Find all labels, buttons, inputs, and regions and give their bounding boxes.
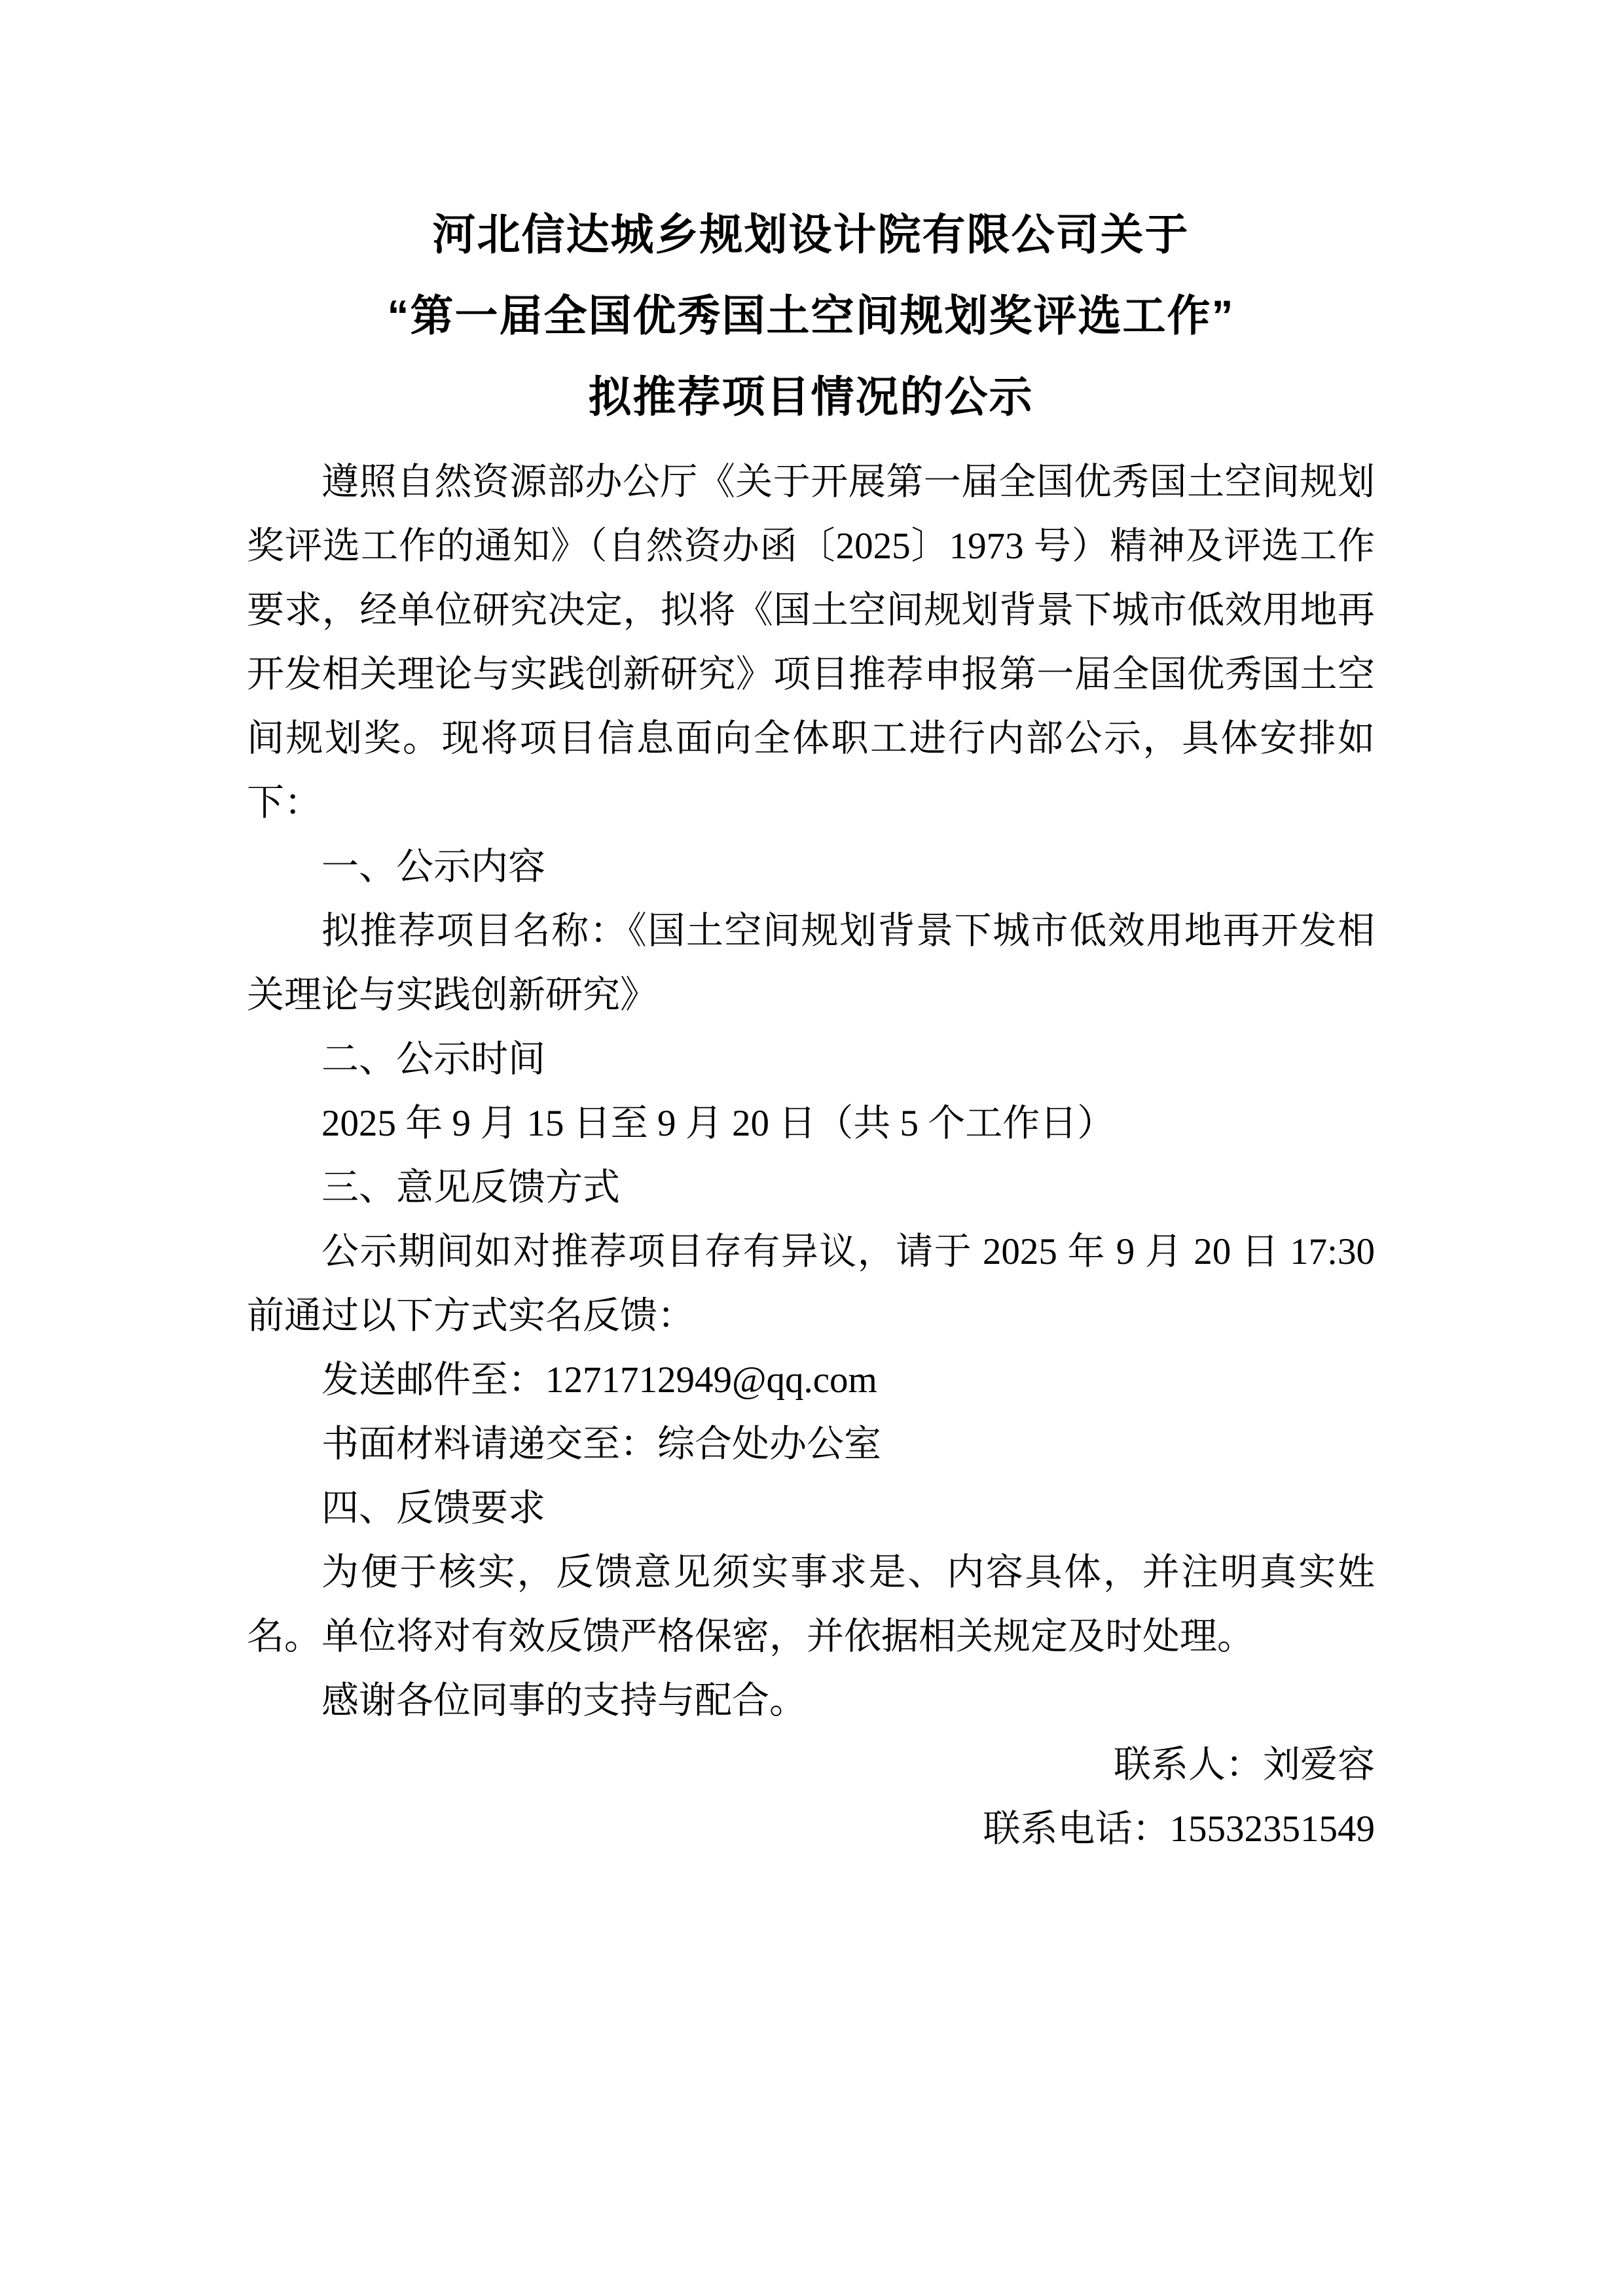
contact-phone: 联系电话：15532351549	[247, 1797, 1375, 1861]
heading-section-1: 一、公示内容	[247, 835, 1375, 899]
para-feedback-email: 发送邮件至：1271712949@qq.com	[247, 1348, 1375, 1412]
document-title: 河北信达城乡规划设计院有限公司关于 “第一届全国优秀国土空间规划奖评选工作” 拟…	[247, 194, 1375, 437]
contact-person: 联系人：刘爱容	[247, 1733, 1375, 1797]
heading-section-2: 二、公示时间	[247, 1028, 1375, 1092]
para-intro: 遵照自然资源部办公厅《关于开展第一届全国优秀国土空间规划奖评选工作的通知》（自然…	[247, 450, 1375, 835]
document-body: 遵照自然资源部办公厅《关于开展第一届全国优秀国土空间规划奖评选工作的通知》（自然…	[247, 450, 1375, 1861]
doc-title-line-3: 拟推荐项目情况的公示	[247, 356, 1375, 437]
para-objection-deadline: 公示期间如对推荐项目存有异议，请于 2025 年 9 月 20 日 17:30 …	[247, 1220, 1375, 1348]
para-feedback-requirements: 为便于核实，反馈意见须实事求是、内容具体，并注明真实姓名。单位将对有效反馈严格保…	[247, 1541, 1375, 1669]
para-written-material: 书面材料请递交至：综合处办公室	[247, 1412, 1375, 1477]
heading-section-3: 三、意见反馈方式	[247, 1156, 1375, 1220]
para-thanks: 感谢各位同事的支持与配合。	[247, 1669, 1375, 1733]
doc-title-line-1: 河北信达城乡规划设计院有限公司关于	[247, 194, 1375, 275]
para-project-name: 拟推荐项目名称：《国土空间规划背景下城市低效用地再开发相关理论与实践创新研究》	[247, 899, 1375, 1028]
doc-title-line-2: “第一届全国优秀国土空间规划奖评选工作”	[247, 275, 1375, 356]
heading-section-4: 四、反馈要求	[247, 1477, 1375, 1541]
para-public-period: 2025 年 9 月 15 日至 9 月 20 日（共 5 个工作日）	[247, 1092, 1375, 1156]
document-page: 河北信达城乡规划设计院有限公司关于 “第一届全国优秀国土空间规划奖评选工作” 拟…	[0, 0, 1623, 2296]
